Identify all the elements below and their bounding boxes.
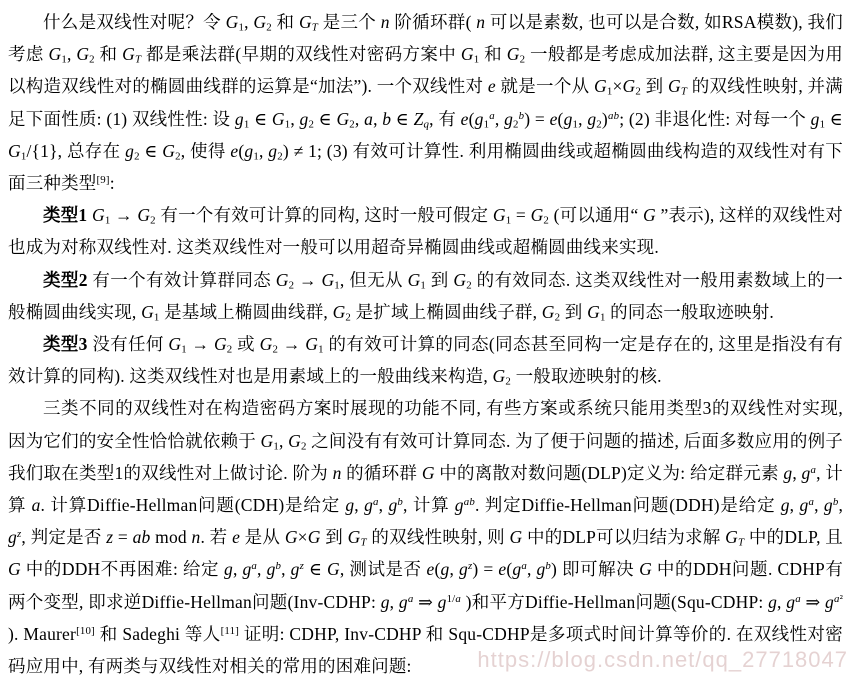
paragraph-intro-bilinear-pairing: 什么是双线性对呢？令 G1, G2 和 GT 是三个 n 阶循环群( n 可以是… [8, 6, 843, 199]
paragraph-type2: 类型2 有一个有效计算群同态 G2 → G1, 但无从 G1 到 G2 的有效同… [8, 264, 843, 328]
document-page: 什么是双线性对呢？令 G1, G2 和 GT 是三个 n 阶循环群( n 可以是… [0, 0, 850, 681]
paragraph-type3: 类型3 没有任何 G1 → G2 或 G2 → G1 的有效可计算的同态(同态甚… [8, 328, 843, 392]
paragraph-type1: 类型1 G1 → G2 有一个有效可计算的同构, 这时一般可假定 G1 = G2… [8, 199, 843, 263]
paragraph-hard-problems: 三类不同的双线性对在构造密码方案时展现的功能不同, 有些方案或系统只能用类型3的… [8, 392, 843, 681]
